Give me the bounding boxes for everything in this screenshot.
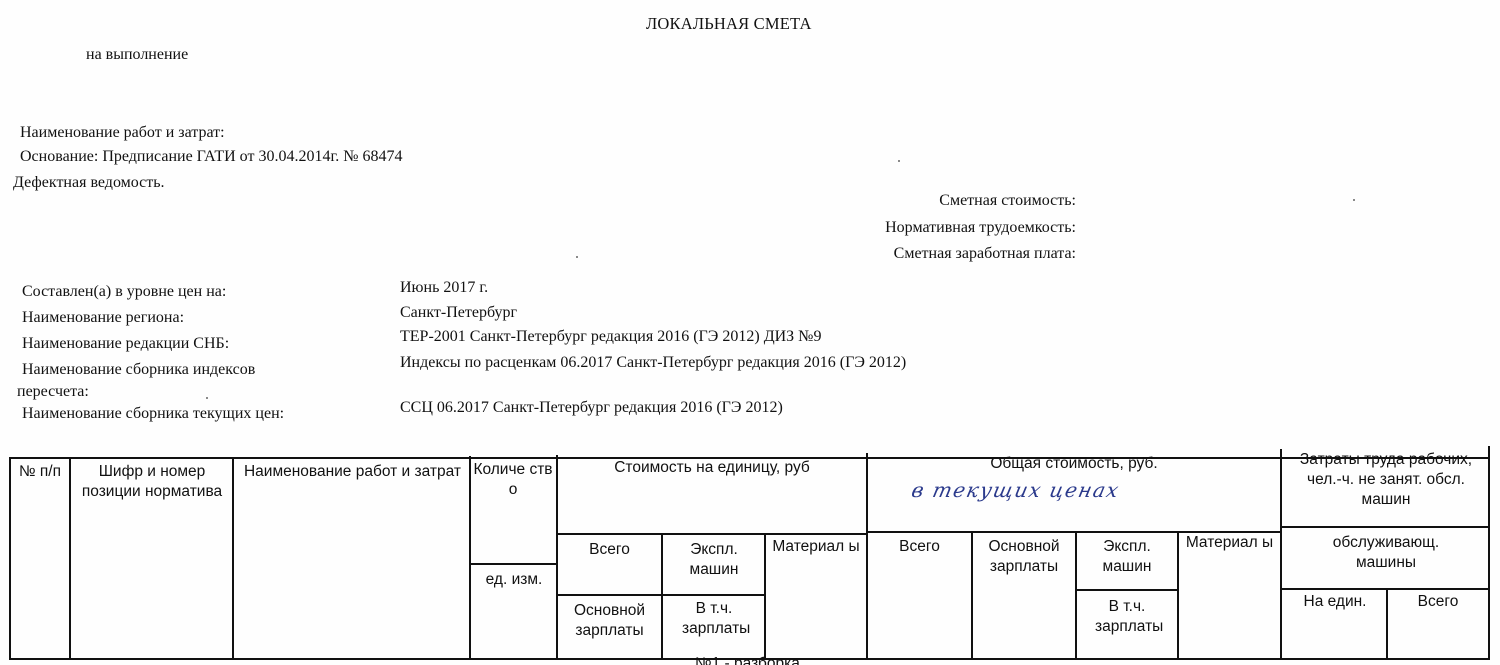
col-sep bbox=[661, 533, 663, 660]
header-total-materials: Материал ы bbox=[1179, 533, 1280, 553]
scan-speck bbox=[576, 256, 578, 258]
col-sep bbox=[469, 456, 471, 660]
row-sep bbox=[1280, 526, 1490, 528]
header-total-machines: Экспл. машин bbox=[1077, 537, 1177, 577]
header-total-base-salary: Основной зарплаты bbox=[973, 537, 1075, 577]
header-labor-per-unit: На един. bbox=[1284, 592, 1386, 612]
header-unit-machines: Экспл. машин bbox=[664, 540, 764, 580]
header-labor: Затраты труда рабочих, чел.-ч. не занят.… bbox=[1284, 450, 1488, 510]
col-sep bbox=[69, 457, 71, 660]
scan-speck bbox=[898, 160, 900, 162]
header-col-unit: ед. изм. bbox=[472, 570, 556, 590]
header-col-qty: Количе ство bbox=[472, 460, 554, 500]
header-unit-base-salary: Основной зарплаты bbox=[558, 601, 661, 641]
header-total-total: Всего bbox=[868, 537, 971, 557]
col-sep bbox=[764, 533, 766, 660]
header-unit-cost: Стоимость на единицу, руб bbox=[558, 458, 866, 478]
row-sep bbox=[1075, 589, 1179, 591]
handwritten-note: в текущих ценах bbox=[909, 478, 1122, 502]
section-title: №1 - разборка bbox=[695, 655, 800, 665]
header-total-cost: Общая стоимость, руб. bbox=[868, 454, 1280, 474]
header-col-num: № п/п bbox=[11, 462, 69, 482]
header-unit-total: Всего bbox=[558, 540, 661, 560]
scan-speck bbox=[206, 397, 208, 399]
col-sep bbox=[1280, 449, 1282, 660]
header-labor-serving: обслуживающ. машины bbox=[1284, 533, 1488, 573]
row-sep bbox=[556, 533, 868, 535]
scan-speck bbox=[1353, 199, 1355, 201]
col-sep bbox=[232, 457, 234, 660]
header-unit-materials: Материал ы bbox=[767, 537, 865, 557]
header-total-incl-salary: В т.ч. зарплаты bbox=[1077, 597, 1177, 637]
header-labor-total: Всего bbox=[1388, 592, 1488, 612]
row-sep bbox=[1280, 588, 1490, 590]
table-left-border bbox=[9, 457, 11, 660]
header-col-name: Наименование работ и затрат bbox=[240, 462, 465, 482]
row-sep bbox=[556, 594, 766, 596]
table-right-border bbox=[1488, 446, 1490, 660]
header-col-code: Шифр и номер позиции норматива bbox=[76, 462, 228, 502]
row-sep bbox=[469, 563, 558, 565]
header-unit-incl-salary: В т.ч. зарплаты bbox=[664, 599, 764, 639]
